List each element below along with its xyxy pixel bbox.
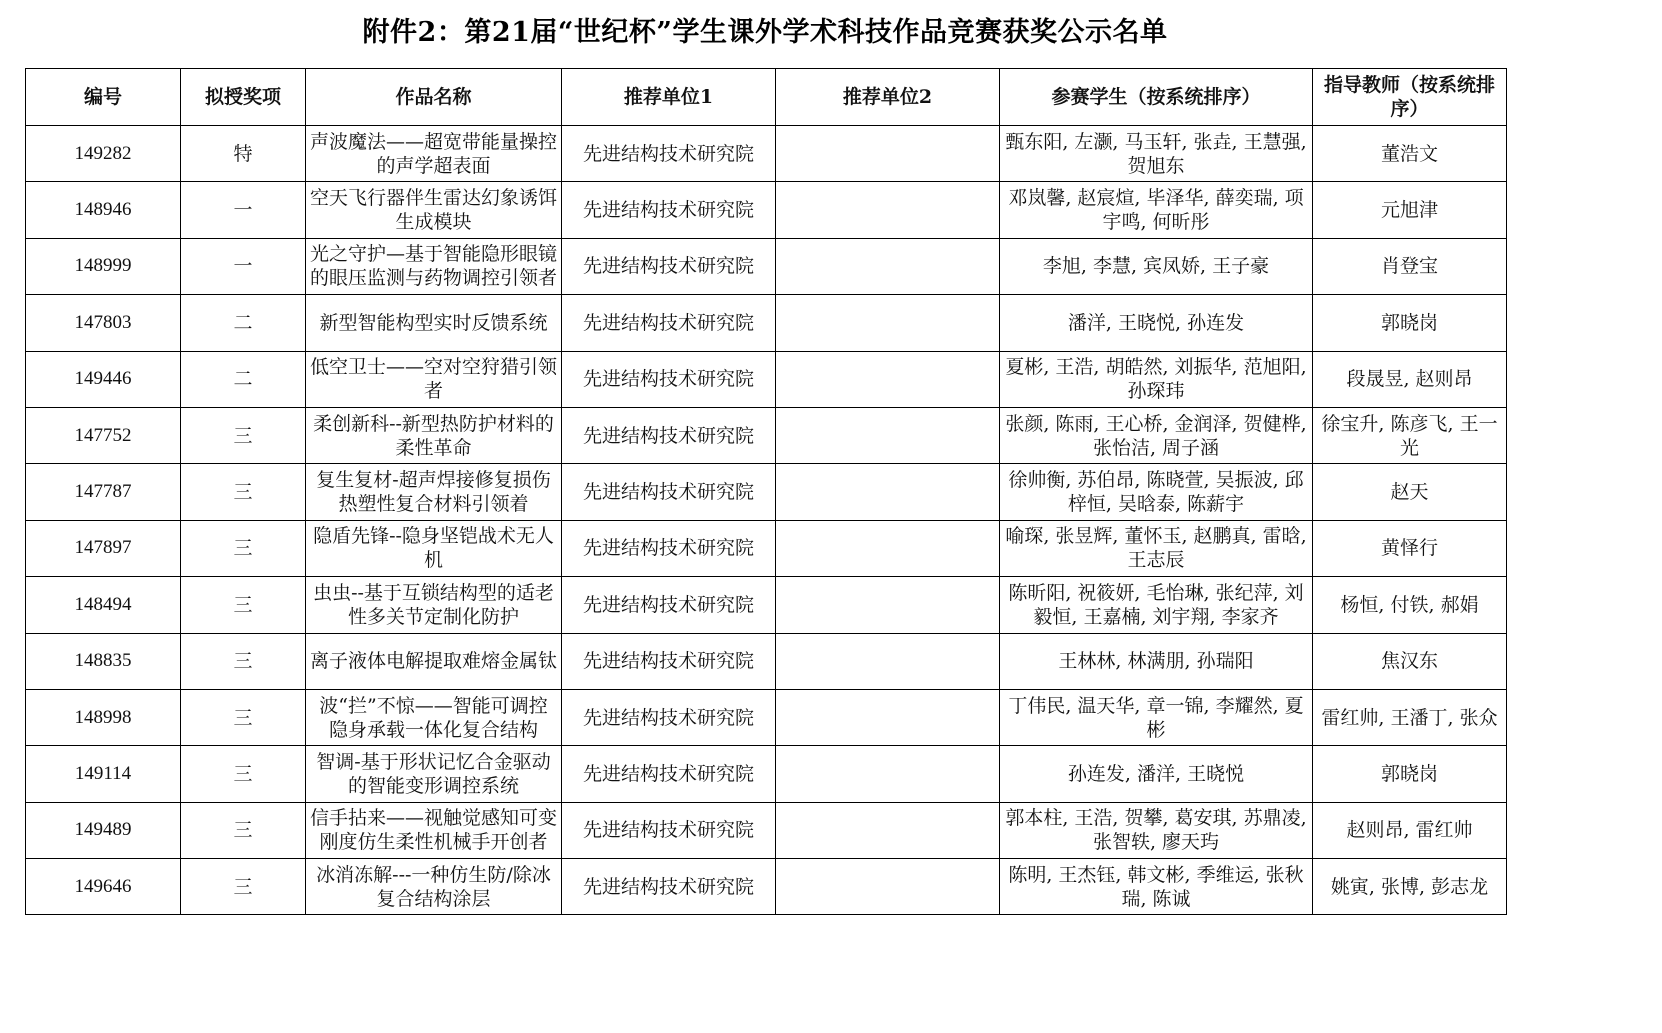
cell-unit2 (776, 802, 1000, 858)
header-teachers: 指导教师（按系统排序） (1313, 69, 1507, 126)
cell-students-text: 邓岚馨, 赵宸煊, 毕泽华, 薛奕瑞, 项宇鸣, 何昕彤 (1004, 186, 1308, 234)
cell-students-text: 王林林, 林满朋, 孙瑞阳 (1058, 649, 1253, 673)
cell-work-name: 复生复材-超声焊接修复损伤热塑性复合材料引领着 (306, 464, 562, 520)
cell-teachers-text: 郭晓岗 (1381, 311, 1438, 335)
cell-award: 二 (181, 351, 306, 407)
header-unit1: 推荐单位1 (562, 69, 776, 126)
cell-id-text: 148946 (75, 198, 132, 222)
cell-unit2 (776, 859, 1000, 915)
cell-award-text: 二 (233, 311, 252, 335)
cell-students: 张颜, 陈雨, 王心桥, 金润泽, 贺健桦, 张怡洁, 周子涵 (1000, 407, 1313, 463)
cell-id-text: 148999 (75, 254, 132, 278)
cell-work-name: 声波魔法——超宽带能量操控的声学超表面 (306, 126, 562, 182)
cell-work-name-text: 智调-基于形状记忆合金驱动的智能变形调控系统 (310, 750, 557, 798)
cell-award: 三 (181, 689, 306, 745)
cell-work-name-text: 空天飞行器伴生雷达幻象诱饵生成模块 (310, 186, 557, 234)
cell-award-text: 一 (233, 198, 252, 222)
cell-unit2 (776, 577, 1000, 633)
cell-id-text: 147803 (75, 311, 132, 335)
table-row: 147787三复生复材-超声焊接修复损伤热塑性复合材料引领着先进结构技术研究院徐… (26, 464, 1507, 520)
header-name: 作品名称 (306, 69, 562, 126)
cell-award-text: 三 (233, 649, 252, 673)
cell-teachers-text: 黄怿行 (1381, 536, 1438, 560)
cell-unit1-text: 先进结构技术研究院 (583, 424, 754, 448)
cell-award: 特 (181, 126, 306, 182)
cell-id: 149446 (26, 351, 181, 407)
cell-unit1: 先进结构技术研究院 (562, 746, 776, 802)
cell-unit1: 先进结构技术研究院 (562, 520, 776, 576)
cell-teachers: 焦汉东 (1313, 633, 1507, 689)
cell-students: 潘洋, 王晓悦, 孙连发 (1000, 295, 1313, 351)
cell-unit1: 先进结构技术研究院 (562, 351, 776, 407)
cell-id-text: 147752 (75, 424, 132, 448)
cell-unit1-text: 先进结构技术研究院 (583, 367, 754, 391)
header-id: 编号 (26, 69, 181, 126)
cell-unit1-text: 先进结构技术研究院 (583, 875, 754, 899)
cell-unit1-text: 先进结构技术研究院 (583, 480, 754, 504)
cell-teachers: 赵天 (1313, 464, 1507, 520)
cell-work-name-text: 复生复材-超声焊接修复损伤热塑性复合材料引领着 (310, 468, 557, 516)
cell-id-text: 148998 (75, 706, 132, 730)
cell-teachers-text: 姚寅, 张博, 彭志龙 (1331, 875, 1488, 899)
table-row: 148835三离子液体电解提取难熔金属钛先进结构技术研究院王林林, 林满朋, 孙… (26, 633, 1507, 689)
cell-teachers-text: 杨恒, 付铁, 郝娟 (1340, 593, 1478, 617)
awards-table: 编号 拟授奖项 作品名称 推荐单位1 推荐单位2 参赛学生（按系统排序） 指导教… (25, 68, 1507, 915)
cell-id-text: 149446 (75, 367, 132, 391)
header-students: 参赛学生（按系统排序） (1000, 69, 1313, 126)
cell-students-text: 郭本柱, 王浩, 贺攀, 葛安琪, 苏鼎凌, 张智轶, 廖天玙 (1004, 806, 1308, 854)
cell-id: 148494 (26, 577, 181, 633)
cell-students: 甄东阳, 左灏, 马玉轩, 张垚, 王慧强, 贺旭东 (1000, 126, 1313, 182)
table-row: 148494三虫虫--基于互锁结构型的适老性多关节定制化防护先进结构技术研究院陈… (26, 577, 1507, 633)
cell-id: 149282 (26, 126, 181, 182)
cell-teachers: 雷红帅, 王潘丁, 张众 (1313, 689, 1507, 745)
cell-id: 147803 (26, 295, 181, 351)
cell-id-text: 148835 (75, 649, 132, 673)
cell-unit1: 先进结构技术研究院 (562, 407, 776, 463)
cell-unit2 (776, 126, 1000, 182)
cell-students: 夏彬, 王浩, 胡皓然, 刘振华, 范旭阳, 孙琛玮 (1000, 351, 1313, 407)
cell-award-text: 三 (233, 424, 252, 448)
cell-unit1: 先进结构技术研究院 (562, 689, 776, 745)
cell-award-text: 三 (233, 480, 252, 504)
cell-unit2 (776, 182, 1000, 238)
cell-teachers: 元旭津 (1313, 182, 1507, 238)
cell-unit1-text: 先进结构技术研究院 (583, 536, 754, 560)
cell-students-text: 孙连发, 潘洋, 王晓悦 (1068, 762, 1244, 786)
cell-students: 邓岚馨, 赵宸煊, 毕泽华, 薛奕瑞, 项宇鸣, 何昕彤 (1000, 182, 1313, 238)
cell-students: 喻琛, 张昱辉, 董怀玉, 赵鹏真, 雷晗, 王志辰 (1000, 520, 1313, 576)
cell-id-text: 147787 (75, 480, 132, 504)
cell-id: 148998 (26, 689, 181, 745)
header-award: 拟授奖项 (181, 69, 306, 126)
cell-unit1: 先进结构技术研究院 (562, 577, 776, 633)
cell-award-text: 三 (233, 593, 252, 617)
table-row: 148998三波“拦”不惊——智能可调控隐身承载一体化复合结构先进结构技术研究院… (26, 689, 1507, 745)
cell-teachers: 郭晓岗 (1313, 746, 1507, 802)
cell-unit2 (776, 520, 1000, 576)
cell-students-text: 陈昕阳, 祝筱妍, 毛怡琳, 张纪萍, 刘毅恒, 王嘉楠, 刘宇翔, 李家齐 (1004, 581, 1308, 629)
cell-id: 149114 (26, 746, 181, 802)
cell-work-name-text: 柔创新科--新型热防护材料的柔性革命 (310, 412, 557, 460)
cell-award-text: 三 (233, 762, 252, 786)
cell-work-name: 空天飞行器伴生雷达幻象诱饵生成模块 (306, 182, 562, 238)
cell-id-text: 148494 (75, 593, 132, 617)
cell-id: 148946 (26, 182, 181, 238)
cell-work-name-text: 波“拦”不惊——智能可调控隐身承载一体化复合结构 (310, 694, 557, 742)
cell-unit1-text: 先进结构技术研究院 (583, 198, 754, 222)
cell-award: 三 (181, 802, 306, 858)
cell-award: 三 (181, 407, 306, 463)
cell-id-text: 147897 (75, 536, 132, 560)
cell-teachers: 杨恒, 付铁, 郝娟 (1313, 577, 1507, 633)
cell-award: 三 (181, 859, 306, 915)
cell-teachers: 徐宝升, 陈彦飞, 王一光 (1313, 407, 1507, 463)
cell-id: 147787 (26, 464, 181, 520)
cell-unit2 (776, 351, 1000, 407)
cell-work-name: 信手拈来——视触觉感知可变刚度仿生柔性机械手开创者 (306, 802, 562, 858)
cell-teachers: 赵则昂, 雷红帅 (1313, 802, 1507, 858)
cell-students: 陈昕阳, 祝筱妍, 毛怡琳, 张纪萍, 刘毅恒, 王嘉楠, 刘宇翔, 李家齐 (1000, 577, 1313, 633)
cell-students: 陈明, 王杰钰, 韩文彬, 季维运, 张秋瑞, 陈诚 (1000, 859, 1313, 915)
page-title: 附件2：第21届“世纪杯”学生课外学术科技作品竞赛获奖公示名单 (0, 10, 1530, 49)
cell-award-text: 三 (233, 818, 252, 842)
cell-work-name: 智调-基于形状记忆合金驱动的智能变形调控系统 (306, 746, 562, 802)
cell-teachers-text: 肖登宝 (1381, 254, 1438, 278)
cell-id: 149646 (26, 859, 181, 915)
cell-work-name: 光之守护—基于智能隐形眼镜的眼压监测与药物调控引领者 (306, 238, 562, 294)
cell-unit2 (776, 238, 1000, 294)
cell-students-text: 李旭, 李慧, 宾凤娇, 王子豪 (1043, 254, 1269, 278)
cell-teachers-text: 段晟昱, 赵则昂 (1346, 367, 1472, 391)
cell-work-name: 低空卫士——空对空狩猎引领者 (306, 351, 562, 407)
cell-id: 149489 (26, 802, 181, 858)
cell-work-name-text: 离子液体电解提取难熔金属钛 (310, 649, 557, 673)
cell-award: 三 (181, 633, 306, 689)
cell-students-text: 喻琛, 张昱辉, 董怀玉, 赵鹏真, 雷晗, 王志辰 (1004, 524, 1308, 572)
cell-unit2 (776, 633, 1000, 689)
cell-unit1: 先进结构技术研究院 (562, 238, 776, 294)
cell-work-name: 离子液体电解提取难熔金属钛 (306, 633, 562, 689)
cell-unit1: 先进结构技术研究院 (562, 295, 776, 351)
cell-teachers: 段晟昱, 赵则昂 (1313, 351, 1507, 407)
cell-unit2 (776, 689, 1000, 745)
header-unit2: 推荐单位2 (776, 69, 1000, 126)
cell-teachers: 姚寅, 张博, 彭志龙 (1313, 859, 1507, 915)
cell-unit1-text: 先进结构技术研究院 (583, 311, 754, 335)
table-row: 147752三柔创新科--新型热防护材料的柔性革命先进结构技术研究院张颜, 陈雨… (26, 407, 1507, 463)
cell-id: 148999 (26, 238, 181, 294)
cell-award-text: 三 (233, 706, 252, 730)
cell-work-name-text: 光之守护—基于智能隐形眼镜的眼压监测与药物调控引领者 (310, 242, 557, 290)
cell-work-name: 柔创新科--新型热防护材料的柔性革命 (306, 407, 562, 463)
cell-teachers-text: 董浩文 (1381, 142, 1438, 166)
cell-work-name-text: 声波魔法——超宽带能量操控的声学超表面 (310, 130, 557, 178)
cell-unit1: 先进结构技术研究院 (562, 633, 776, 689)
cell-students-text: 夏彬, 王浩, 胡皓然, 刘振华, 范旭阳, 孙琛玮 (1004, 355, 1308, 403)
cell-teachers: 郭晓岗 (1313, 295, 1507, 351)
cell-award-text: 三 (233, 536, 252, 560)
cell-work-name: 新型智能构型实时反馈系统 (306, 295, 562, 351)
table-row: 147803二新型智能构型实时反馈系统先进结构技术研究院潘洋, 王晓悦, 孙连发… (26, 295, 1507, 351)
cell-award: 三 (181, 464, 306, 520)
table-row: 149282特声波魔法——超宽带能量操控的声学超表面先进结构技术研究院甄东阳, … (26, 126, 1507, 182)
cell-unit1-text: 先进结构技术研究院 (583, 593, 754, 617)
cell-id-text: 149489 (75, 818, 132, 842)
cell-students-text: 潘洋, 王晓悦, 孙连发 (1068, 311, 1244, 335)
cell-unit1: 先进结构技术研究院 (562, 859, 776, 915)
table-row: 149114三智调-基于形状记忆合金驱动的智能变形调控系统先进结构技术研究院孙连… (26, 746, 1507, 802)
cell-unit2 (776, 407, 1000, 463)
cell-teachers-text: 徐宝升, 陈彦飞, 王一光 (1317, 412, 1502, 460)
cell-award: 一 (181, 238, 306, 294)
cell-award: 二 (181, 295, 306, 351)
cell-teachers-text: 元旭津 (1381, 198, 1438, 222)
cell-unit1-text: 先进结构技术研究院 (583, 706, 754, 730)
cell-work-name: 虫虫--基于互锁结构型的适老性多关节定制化防护 (306, 577, 562, 633)
cell-students-text: 张颜, 陈雨, 王心桥, 金润泽, 贺健桦, 张怡洁, 周子涵 (1004, 412, 1308, 460)
cell-unit2 (776, 295, 1000, 351)
table-header-row: 编号 拟授奖项 作品名称 推荐单位1 推荐单位2 参赛学生（按系统排序） 指导教… (26, 69, 1507, 126)
cell-teachers: 黄怿行 (1313, 520, 1507, 576)
cell-unit1-text: 先进结构技术研究院 (583, 649, 754, 673)
cell-id: 148835 (26, 633, 181, 689)
cell-unit2 (776, 464, 1000, 520)
cell-students-text: 甄东阳, 左灏, 马玉轩, 张垚, 王慧强, 贺旭东 (1004, 130, 1308, 178)
cell-award-text: 二 (233, 367, 252, 391)
cell-unit1-text: 先进结构技术研究院 (583, 818, 754, 842)
cell-work-name-text: 新型智能构型实时反馈系统 (319, 311, 547, 335)
cell-students-text: 丁伟民, 温天华, 章一锦, 李耀然, 夏彬 (1004, 694, 1308, 742)
cell-unit1-text: 先进结构技术研究院 (583, 254, 754, 278)
cell-award: 三 (181, 577, 306, 633)
cell-students: 李旭, 李慧, 宾凤娇, 王子豪 (1000, 238, 1313, 294)
table-row: 147897三隐盾先锋--隐身坚铠战术无人机先进结构技术研究院喻琛, 张昱辉, … (26, 520, 1507, 576)
cell-id: 147752 (26, 407, 181, 463)
table-row: 148999一光之守护—基于智能隐形眼镜的眼压监测与药物调控引领者先进结构技术研… (26, 238, 1507, 294)
cell-award: 三 (181, 746, 306, 802)
cell-award-text: 一 (233, 254, 252, 278)
cell-id-text: 149114 (75, 762, 131, 786)
table-row: 149646三冰消冻解---一种仿生防/除冰复合结构涂层先进结构技术研究院陈明,… (26, 859, 1507, 915)
cell-id-text: 149646 (75, 875, 132, 899)
cell-teachers-text: 赵天 (1390, 480, 1428, 504)
cell-teachers-text: 焦汉东 (1381, 649, 1438, 673)
cell-teachers: 肖登宝 (1313, 238, 1507, 294)
cell-students: 丁伟民, 温天华, 章一锦, 李耀然, 夏彬 (1000, 689, 1313, 745)
cell-work-name: 波“拦”不惊——智能可调控隐身承载一体化复合结构 (306, 689, 562, 745)
cell-students-text: 陈明, 王杰钰, 韩文彬, 季维运, 张秋瑞, 陈诚 (1004, 863, 1308, 911)
cell-work-name-text: 虫虫--基于互锁结构型的适老性多关节定制化防护 (310, 581, 557, 629)
cell-unit1: 先进结构技术研究院 (562, 182, 776, 238)
cell-teachers-text: 郭晓岗 (1381, 762, 1438, 786)
cell-award: 一 (181, 182, 306, 238)
cell-work-name: 隐盾先锋--隐身坚铠战术无人机 (306, 520, 562, 576)
cell-work-name-text: 冰消冻解---一种仿生防/除冰复合结构涂层 (310, 863, 557, 911)
cell-work-name-text: 低空卫士——空对空狩猎引领者 (310, 355, 557, 403)
cell-unit1: 先进结构技术研究院 (562, 464, 776, 520)
cell-award: 三 (181, 520, 306, 576)
cell-students: 郭本柱, 王浩, 贺攀, 葛安琪, 苏鼎凌, 张智轶, 廖天玙 (1000, 802, 1313, 858)
table-body: 149282特声波魔法——超宽带能量操控的声学超表面先进结构技术研究院甄东阳, … (26, 126, 1507, 915)
cell-work-name-text: 隐盾先锋--隐身坚铠战术无人机 (310, 524, 557, 572)
cell-teachers-text: 雷红帅, 王潘丁, 张众 (1321, 706, 1497, 730)
cell-award-text: 特 (233, 142, 252, 166)
cell-unit1: 先进结构技术研究院 (562, 126, 776, 182)
cell-id-text: 149282 (75, 142, 132, 166)
cell-work-name-text: 信手拈来——视触觉感知可变刚度仿生柔性机械手开创者 (310, 806, 557, 854)
cell-unit1-text: 先进结构技术研究院 (583, 142, 754, 166)
cell-work-name: 冰消冻解---一种仿生防/除冰复合结构涂层 (306, 859, 562, 915)
cell-students: 孙连发, 潘洋, 王晓悦 (1000, 746, 1313, 802)
cell-students-text: 徐帅衡, 苏伯昂, 陈晓萱, 吴振波, 邱梓恒, 吴晗泰, 陈薪宇 (1004, 468, 1308, 516)
table-row: 149489三信手拈来——视触觉感知可变刚度仿生柔性机械手开创者先进结构技术研究… (26, 802, 1507, 858)
cell-id: 147897 (26, 520, 181, 576)
table-row: 148946一空天飞行器伴生雷达幻象诱饵生成模块先进结构技术研究院邓岚馨, 赵宸… (26, 182, 1507, 238)
cell-award-text: 三 (233, 875, 252, 899)
cell-unit2 (776, 746, 1000, 802)
cell-students: 王林林, 林满朋, 孙瑞阳 (1000, 633, 1313, 689)
cell-teachers-text: 赵则昂, 雷红帅 (1346, 818, 1472, 842)
cell-students: 徐帅衡, 苏伯昂, 陈晓萱, 吴振波, 邱梓恒, 吴晗泰, 陈薪宇 (1000, 464, 1313, 520)
cell-teachers: 董浩文 (1313, 126, 1507, 182)
cell-unit1: 先进结构技术研究院 (562, 802, 776, 858)
table-row: 149446二低空卫士——空对空狩猎引领者先进结构技术研究院夏彬, 王浩, 胡皓… (26, 351, 1507, 407)
cell-unit1-text: 先进结构技术研究院 (583, 762, 754, 786)
